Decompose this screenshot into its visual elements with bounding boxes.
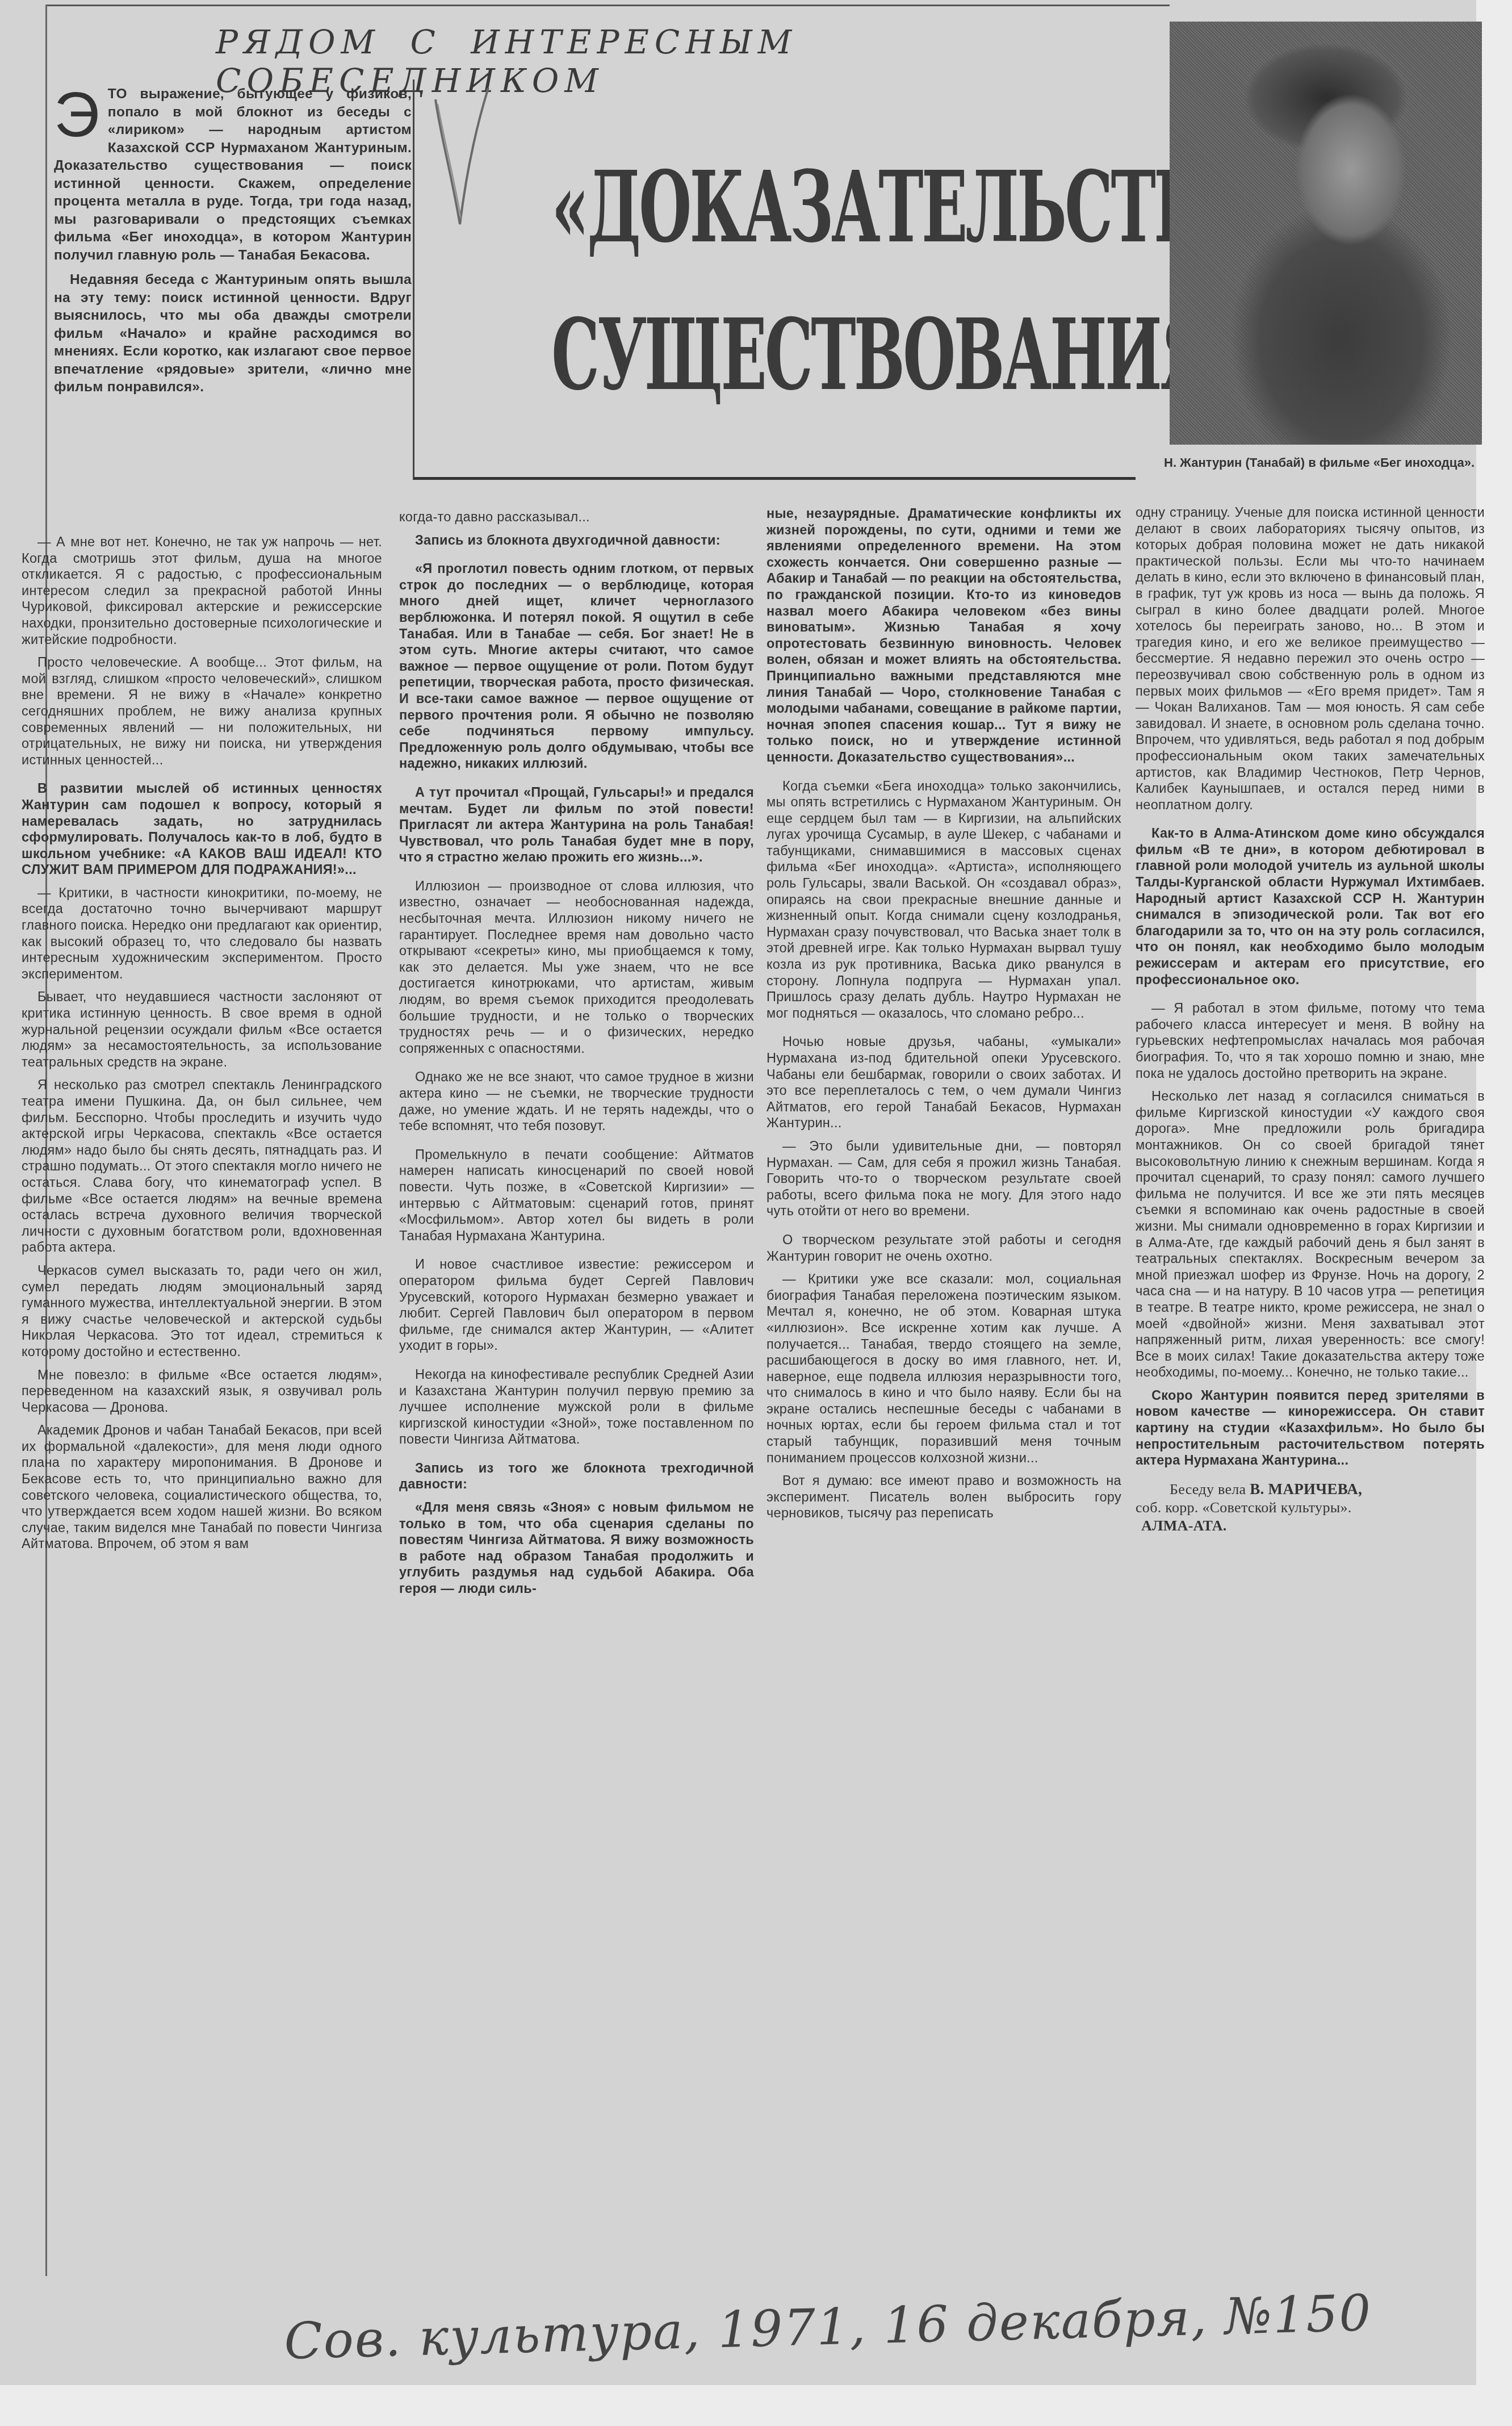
paragraph: Просто человеческие. А вообще... Этот фи… bbox=[22, 654, 382, 768]
byline-prefix: Беседу вела bbox=[1170, 1481, 1246, 1498]
paragraph: — Я работал в этом фильме, потому что те… bbox=[1136, 1000, 1485, 1081]
paragraph-emphasis: В развитии мыслей об истинных ценностях … bbox=[22, 780, 382, 878]
frame-rule-top bbox=[45, 5, 1170, 6]
article-column-1: — А мне вот нет. Конечно, не так уж напр… bbox=[22, 534, 382, 1559]
paragraph: Несколько лет назад я согласился снимать… bbox=[1136, 1088, 1485, 1381]
paragraph: Бывает, что неудавшиеся частности заслон… bbox=[22, 989, 382, 1070]
notebook-entry-label: Запись из блокнота двухгодичной давности… bbox=[399, 532, 754, 549]
notebook-entry-label: Запись из того же блокнота трехгодичной … bbox=[399, 1460, 754, 1492]
paragraph-continued: когда-то давно рассказывал... bbox=[399, 509, 754, 525]
author-position: соб. корр. «Советской культуры». bbox=[1136, 1499, 1352, 1516]
notebook-quote: «Я проглотил повесть одним глотком, от п… bbox=[399, 561, 754, 772]
paragraph-emphasis: Как-то в Алма-Атинском доме кино обсужда… bbox=[1136, 825, 1485, 988]
paragraph: Когда съемки «Бега иноходца» только зако… bbox=[767, 778, 1121, 1022]
lead-paragraph-2: Недавняя беседа с Жантуриным опять вышла… bbox=[54, 271, 412, 396]
notebook-quote: «Для меня связь «Зноя» с новым фильмом н… bbox=[399, 1499, 754, 1597]
photo-caption: Н. Жантурин (Танабай) в фильме «Бег инох… bbox=[1164, 454, 1482, 471]
paragraph: Я несколько раз смотрел спектакль Ленинг… bbox=[22, 1077, 382, 1256]
author-name: В. МАРИЧЕВА, bbox=[1250, 1480, 1362, 1498]
paragraph: — А мне вот нет. Конечно, не так уж напр… bbox=[22, 534, 382, 647]
byline: Беседу вела В. МАРИЧЕВА, соб. корр. «Сов… bbox=[1136, 1480, 1485, 1535]
paragraph: Вот я думаю: все имеют право и возможнос… bbox=[767, 1473, 1121, 1521]
paragraph: — Это были удивительные дни, — повторял … bbox=[767, 1138, 1121, 1219]
paragraph: Иллюзион — производное от слова иллюзия,… bbox=[399, 878, 754, 1057]
headline: «ДОКАЗАТЕЛЬСТВО СУЩЕСТВОВАНИЯ» bbox=[414, 153, 1136, 409]
paragraph: Некогда на кинофестивале республик Средн… bbox=[399, 1366, 754, 1448]
paragraph: О творческом результате этой работы и се… bbox=[767, 1232, 1121, 1264]
article-column-4: одну страницу. Ученые для поиска истинно… bbox=[1136, 504, 1485, 1535]
paragraph: Промелькнуло в печати сообщение: Айтмато… bbox=[399, 1147, 754, 1244]
paragraph-continued: одну страницу. Ученые для поиска истинно… bbox=[1136, 504, 1485, 813]
paragraph: Однако же не все знают, что самое трудно… bbox=[399, 1069, 754, 1133]
dateline-city: АЛМА-АТА. bbox=[1141, 1517, 1485, 1535]
portrait-photo bbox=[1170, 22, 1482, 445]
paragraph: — Критики уже все сказали: мол, социальн… bbox=[767, 1271, 1121, 1466]
paragraph: Мне повезло: в фильме «Все остается людя… bbox=[22, 1367, 382, 1416]
headline-line-1: «ДОКАЗАТЕЛЬСТВО bbox=[551, 153, 998, 261]
headline-box: «ДОКАЗАТЕЛЬСТВО СУЩЕСТВОВАНИЯ» bbox=[413, 80, 1136, 480]
paragraph: Академик Дронов и чабан Танабай Бекасов,… bbox=[22, 1422, 382, 1552]
notebook-quote-continued: ные, незаурядные. Драматические конфликт… bbox=[767, 505, 1121, 766]
lead-column: ЭТО выражение, бытующее у физиков, попал… bbox=[54, 85, 412, 403]
headline-line-2: СУЩЕСТВОВАНИЯ» bbox=[551, 301, 998, 409]
paragraph-emphasis: Скоро Жантурин появится перед зрителями … bbox=[1136, 1387, 1485, 1469]
paragraph: Черкасов сумел высказать то, ради чего о… bbox=[22, 1262, 382, 1360]
article-column-2: когда-то давно рассказывал... Запись из … bbox=[399, 509, 754, 1604]
paragraph: Ночью новые друзья, чабаны, «умыкали» Ну… bbox=[767, 1034, 1121, 1131]
lead-paragraph-1: ЭТО выражение, бытующее у физиков, попал… bbox=[54, 85, 412, 264]
paragraph: И новое счастливое известие: режиссером … bbox=[399, 1256, 754, 1354]
scan-margin-bottom bbox=[0, 2385, 1512, 2426]
paragraph: — Критики, в частности кинокритики, по-м… bbox=[22, 885, 382, 982]
drop-cap: Э bbox=[54, 89, 100, 141]
article-column-3: ные, незаурядные. Драматические конфликт… bbox=[767, 505, 1121, 1528]
notebook-quote: А тут прочитал «Прощай, Гульсары!» и пре… bbox=[399, 784, 754, 865]
